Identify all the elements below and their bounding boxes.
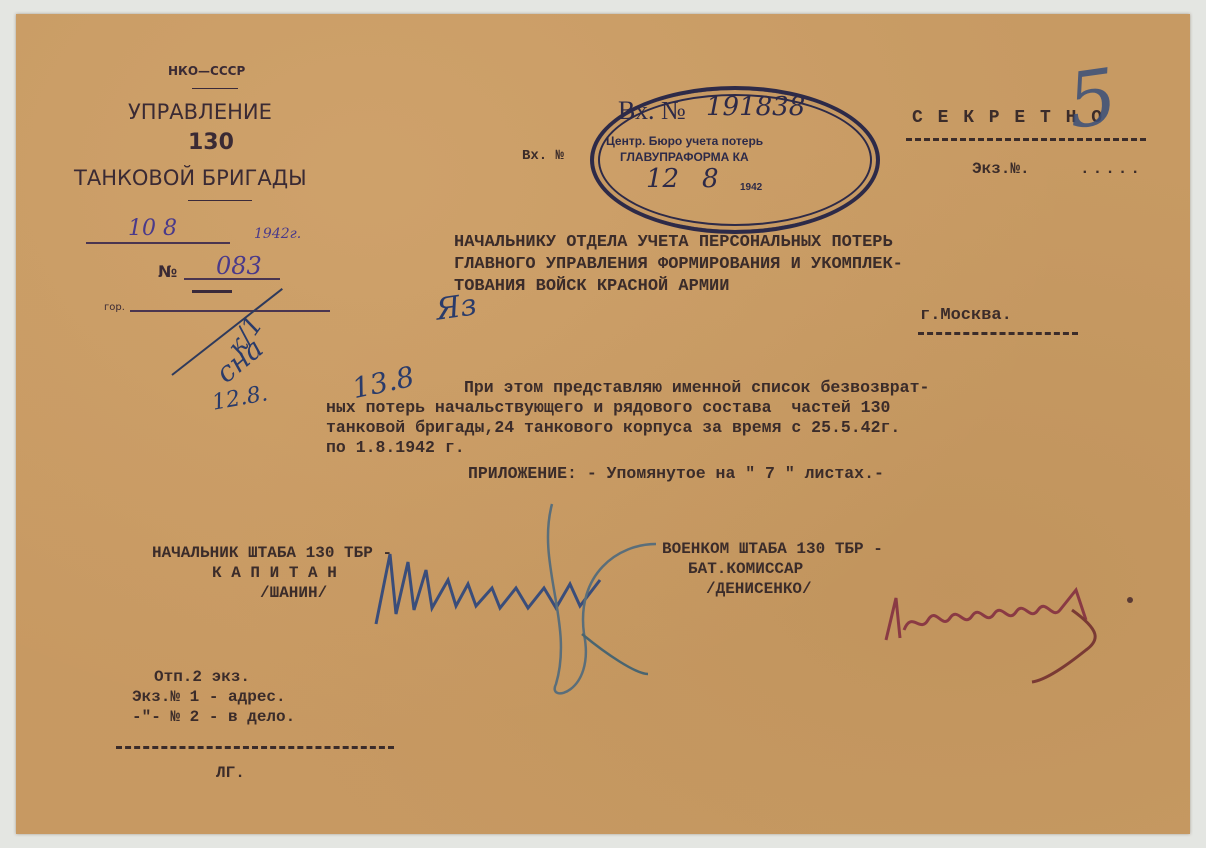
stamp-incoming-number: 191838 bbox=[706, 92, 805, 122]
stamp-line-2: ГЛАВУПРАФОРМА КА bbox=[620, 150, 749, 164]
copy-number-handwritten: 5 bbox=[1062, 51, 1122, 146]
unit-name: ТАНКОВОЙ БРИГАДЫ bbox=[74, 166, 307, 190]
number-underline bbox=[184, 278, 280, 280]
body-line-2: ных потерь начальствующего и рядового со… bbox=[326, 398, 890, 417]
left-signer-rank: К А П И Т А Н bbox=[212, 564, 337, 582]
stamp-date-day: 12 bbox=[646, 164, 679, 194]
dept-label: УПРАВЛЕНИЕ bbox=[128, 100, 272, 124]
footer-line-1: Отп.2 экз. bbox=[154, 668, 250, 686]
footer-line-3: -"- № 2 - в дело. bbox=[132, 708, 295, 726]
city-underline bbox=[918, 332, 1078, 335]
number-label: № bbox=[158, 262, 177, 281]
attachment-line: ПРИЛОЖЕНИЕ: - Упомянутое на " 7 " листах… bbox=[468, 464, 884, 483]
addressee-line-2: ГЛАВНОГО УПРАВЛЕНИЯ ФОРМИРОВАНИЯ И УКОМП… bbox=[454, 254, 903, 276]
resolution-date: 12.8. bbox=[210, 381, 269, 415]
copy-label: Экз.№. bbox=[972, 160, 1030, 178]
body-line-4: по 1.8.1942 г. bbox=[326, 438, 465, 457]
addressee-city: г.Москва. bbox=[920, 306, 1012, 325]
left-signature-scribble bbox=[356, 484, 696, 704]
divider bbox=[192, 290, 232, 293]
city-label: гор. bbox=[104, 302, 125, 313]
right-signature-scribble bbox=[876, 570, 1136, 690]
typist-initials: ЛГ. bbox=[216, 764, 245, 782]
body-line-3: танковой бригады,24 танкового корпуса за… bbox=[326, 418, 900, 437]
document-page: НКО—СССР УПРАВЛЕНИЕ 130 ТАНКОВОЙ БРИГАДЫ… bbox=[16, 14, 1190, 834]
date-handwritten: 10 8 bbox=[128, 216, 177, 241]
date-underline bbox=[86, 242, 230, 244]
stamp-incoming-label: Вх. № bbox=[618, 96, 686, 126]
year-suffix: 1942г. bbox=[254, 226, 301, 242]
footer-line-2: Экз.№ 1 - адрес. bbox=[132, 688, 286, 706]
unit-number: 130 bbox=[188, 130, 234, 155]
stamp-line-1: Центр. Бюро учета потерь bbox=[606, 134, 763, 148]
footer-divider bbox=[116, 746, 394, 749]
right-signer-name: /ДЕНИСЕНКО/ bbox=[706, 580, 812, 598]
number-handwritten: 083 bbox=[216, 252, 262, 280]
copy-dots: ..... bbox=[1080, 160, 1143, 178]
stamp-side-label: Вх. № bbox=[522, 148, 564, 164]
divider bbox=[192, 88, 238, 89]
left-signer-name: /ШАНИН/ bbox=[260, 584, 327, 602]
org-label: НКО—СССР bbox=[168, 64, 245, 78]
stamp-date-month: 8 bbox=[702, 164, 719, 194]
right-signer-rank: БАТ.КОМИССАР bbox=[688, 560, 803, 578]
divider bbox=[188, 200, 252, 201]
stamp-year: 1942 bbox=[740, 182, 762, 193]
body-line-1: При этом представляю именной список безв… bbox=[464, 378, 929, 397]
addressee-line-3: ТОВАНИЯ ВОЙСК КРАСНОЙ АРМИИ bbox=[454, 276, 729, 298]
addressee-line-1: НАЧАЛЬНИКУ ОТДЕЛА УЧЕТА ПЕРСОНАЛЬНЫХ ПОТ… bbox=[454, 232, 893, 254]
